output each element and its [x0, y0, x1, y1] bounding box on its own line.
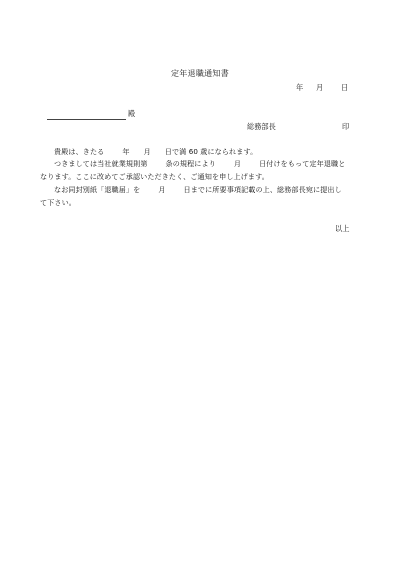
date-day-label: 日 — [341, 84, 348, 91]
date-month-label: 月 — [316, 84, 341, 91]
body-line-1-text-a: 貴殿は、きたる — [54, 147, 104, 156]
date-field: 年 月 日 — [296, 84, 348, 91]
body-line-4: なお同封別紙「退職届」を月日までに所要事項記載の上、総務部長宛に提出し — [47, 186, 342, 193]
date-year-label: 年 — [296, 84, 316, 91]
body-line-2: つきましては当社就業規則第条の規程により月日付けをもって定年退職と — [47, 160, 345, 167]
body-line-2-text-b: 条の規程により — [166, 159, 216, 168]
document-title: 定年退職通知書 — [0, 70, 400, 78]
addressee-honorific: 殿 — [128, 110, 135, 117]
body-line-4-text-c: 日までに所要事項記載の上、総務部長宛に提出し — [184, 185, 342, 194]
body-line-4-month: 月 — [158, 185, 165, 194]
body-line-2-month: 月 — [234, 159, 241, 168]
body-line-1-text-d: 日で満 60 歳になられます。 — [165, 147, 258, 156]
body-line-3: なります。ここに改めてご承認いただきたく、ご通知を申し上げます。 — [40, 173, 269, 180]
seal-mark: 印 — [342, 123, 349, 130]
closing-mark: 以上 — [335, 225, 349, 232]
body-line-2-text-a: つきましては当社就業規則第 — [54, 159, 148, 168]
body-line-4-text-a: なお同封別紙「退職届」を — [54, 185, 140, 194]
body-line-1-year: 年 — [122, 147, 129, 156]
body-line-5: て下さい。 — [40, 199, 76, 206]
body-line-1: 貴殿は、きたる年月日で満 60 歳になられます。 — [47, 148, 257, 155]
body-line-1-month: 月 — [144, 147, 151, 156]
sender-title: 総務部長 — [247, 123, 276, 130]
body-line-2-text-d: 日付けをもって定年退職と — [259, 159, 345, 168]
addressee-name-blank-line — [47, 119, 126, 120]
